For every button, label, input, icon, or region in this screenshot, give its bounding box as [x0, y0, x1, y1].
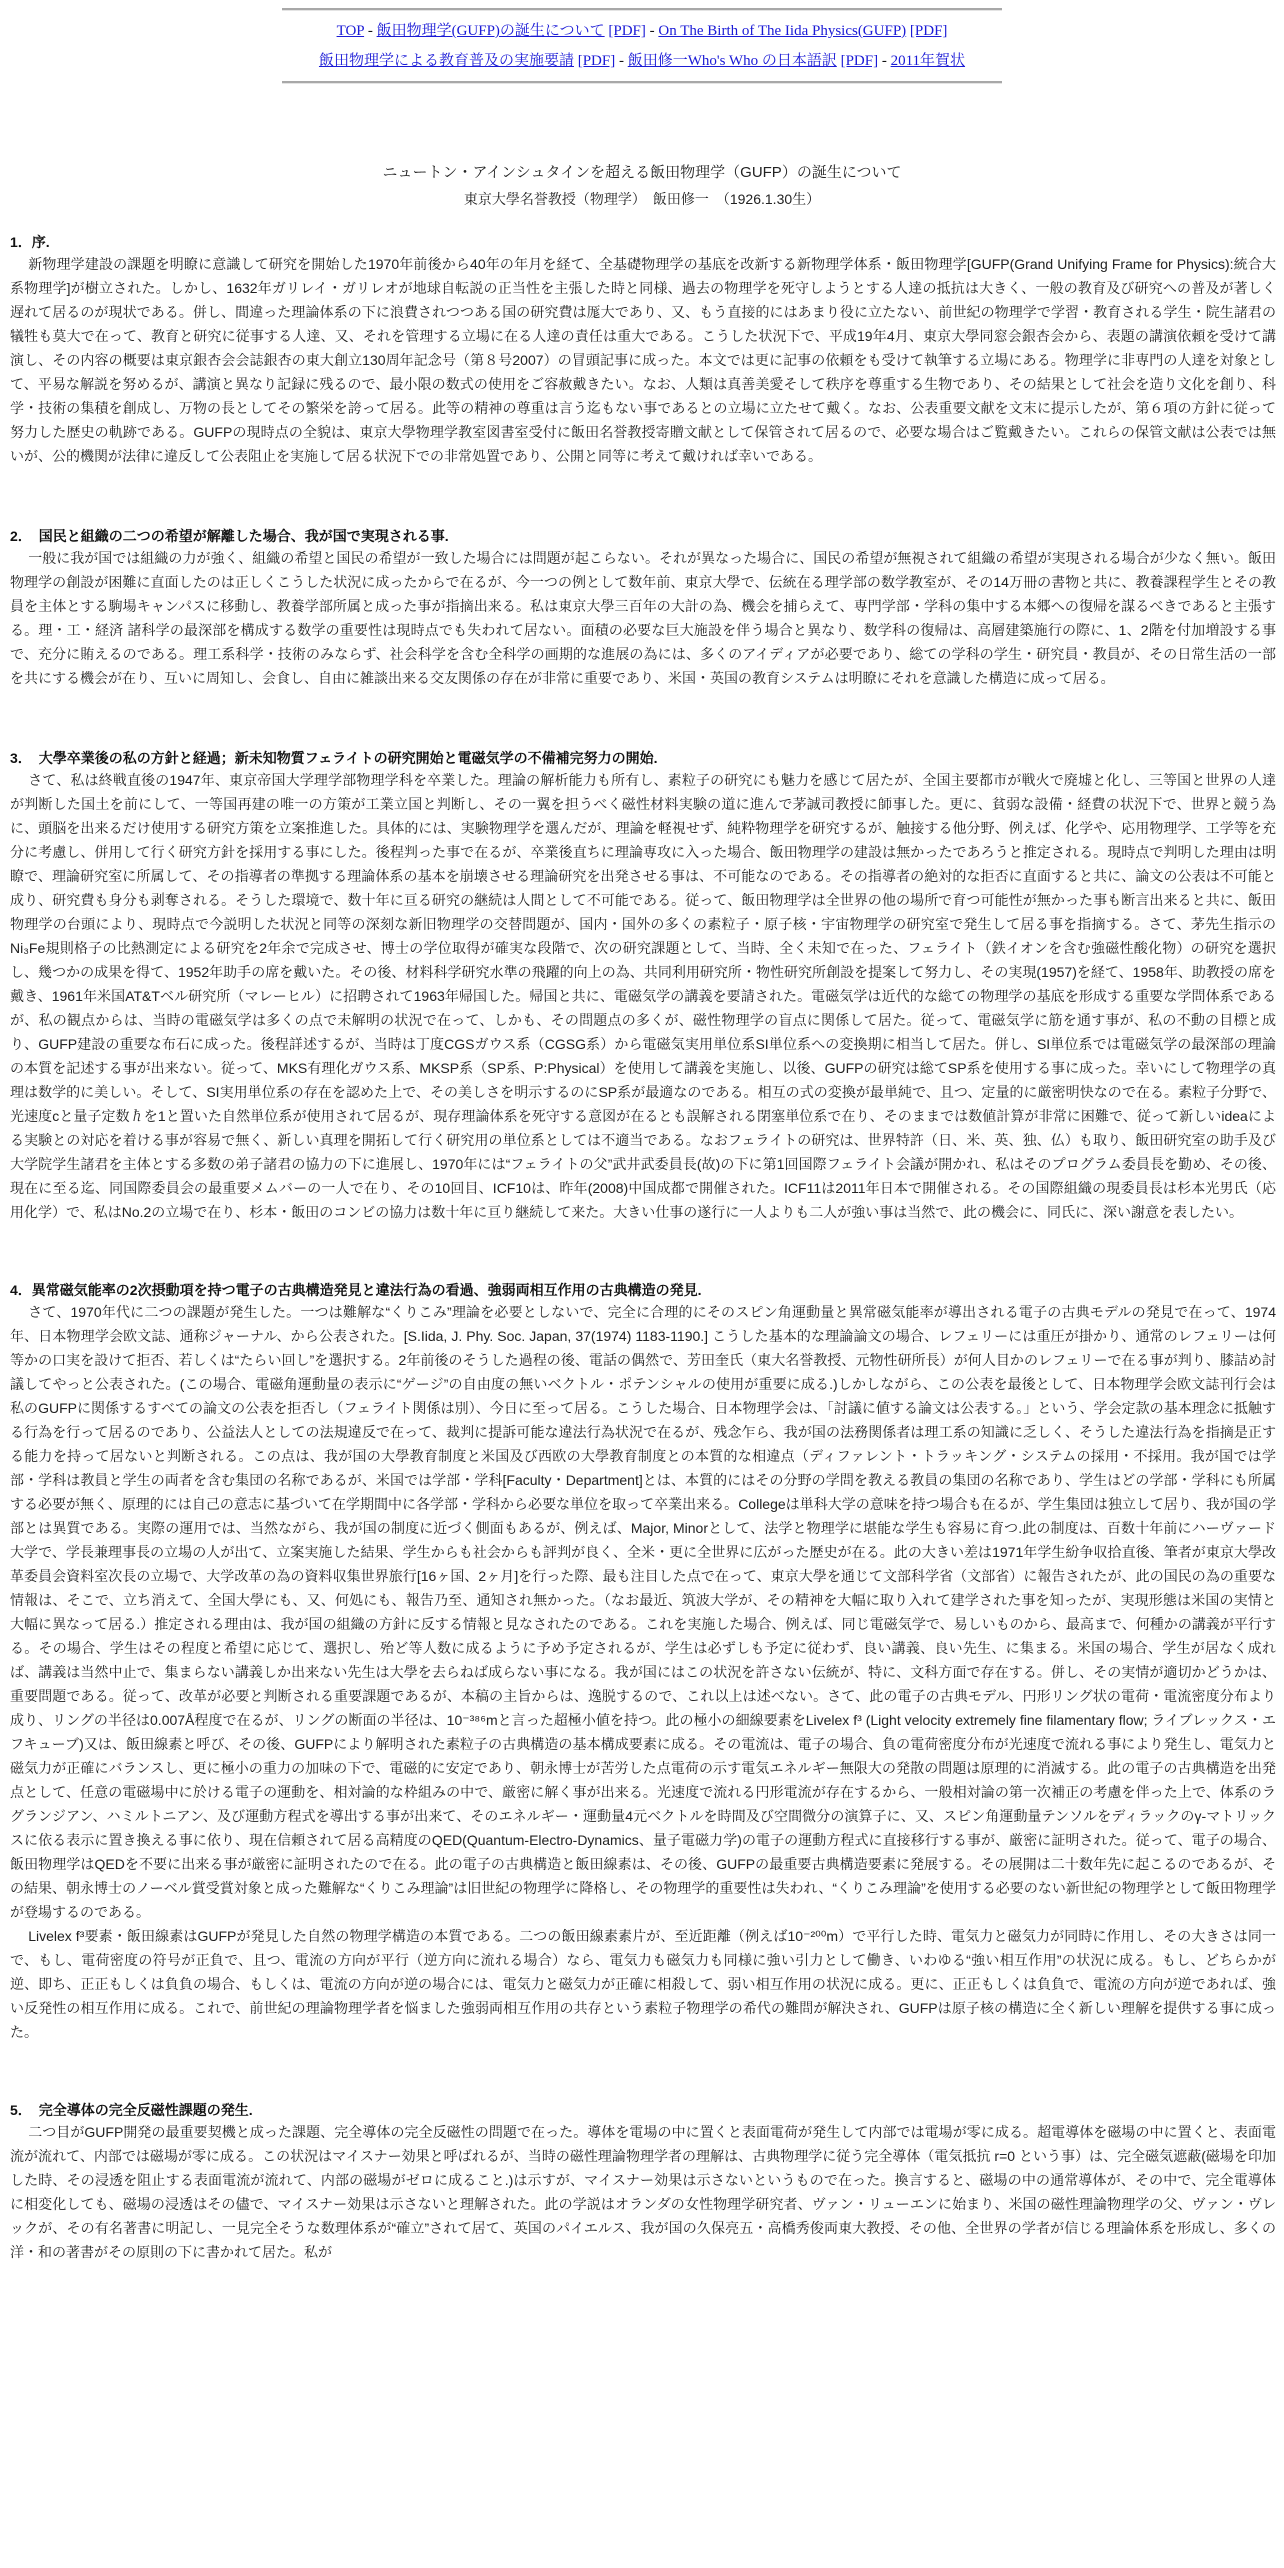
- top-navigation: TOP - 飯田物理学(GUFP)の誕生について [PDF] - On The …: [282, 0, 1002, 84]
- nav-row-2: 飯田物理学による教育普及の実施要請 [PDF] - 飯田修一Who's Who …: [282, 51, 1002, 71]
- document-body: 1．序. 新物理学建設の課題を明瞭に意識して研究を開始した1970年前後から40…: [0, 232, 1284, 2264]
- nav-separator: -: [364, 23, 377, 39]
- section-1-paragraph-1: 新物理学建設の課題を明瞭に意識して研究を開始した1970年前後から40年の年月を…: [10, 252, 1276, 468]
- nav-separator: -: [615, 53, 628, 69]
- document-title: ニュートン・アインシュタインを超える飯田物理学（GUFP）の誕生について: [0, 162, 1284, 184]
- nav-link[interactable]: [PDF]: [910, 23, 948, 39]
- document-header: ニュートン・アインシュタインを超える飯田物理学（GUFP）の誕生について 東京大…: [0, 162, 1284, 210]
- section-heading-2: 2． 国民と組織の二つの希望が解離した場合、我が国で実現される事.: [10, 526, 1276, 546]
- nav-link[interactable]: 飯田修一Who's Who の日本語訳: [628, 53, 837, 69]
- section-3-paragraph-1: さて、私は終戦直後の1947年、東京帝国大学理学部物理学科を卒業した。理論の解析…: [10, 768, 1276, 1224]
- nav-link[interactable]: 飯田物理学による教育普及の実施要請: [319, 53, 574, 69]
- section-4-paragraph-1: さて、1970年代に二つの課題が発生した。一つは難解な“くりこみ”理論を必要とし…: [10, 1300, 1276, 1924]
- nav-link[interactable]: [PDF]: [608, 23, 646, 39]
- document-author: 東京大學名誉教授（物理学） 飯田修一 （1926.1.30生）: [0, 188, 1284, 210]
- nav-row-1: TOP - 飯田物理学(GUFP)の誕生について [PDF] - On The …: [282, 21, 1002, 41]
- nav-link[interactable]: TOP: [337, 23, 365, 39]
- nav-separator: -: [646, 23, 659, 39]
- nav-link[interactable]: [PDF]: [578, 53, 616, 69]
- section-4-paragraph-2: Livelex f³要素・飯田線素はGUFPが発見した自然の物理学構造の本質であ…: [10, 1924, 1276, 2044]
- nav-link[interactable]: On The Birth of The Iida Physics(GUFP): [658, 23, 906, 39]
- section-2-paragraph-1: 一般に我が国では組織の力が強く、組織の希望と国民の希望が一致した場合には問題が起…: [10, 546, 1276, 690]
- bottom-rule: [282, 81, 1002, 84]
- section-heading-1: 1．序.: [10, 232, 1276, 252]
- section-heading-5: 5． 完全導体の完全反磁性課題の発生.: [10, 2100, 1276, 2120]
- top-rule: [282, 8, 1002, 11]
- section-heading-4: 4．異常磁気能率の2次摂動項を持つ電子の古典構造発見と違法行為の看過、強弱両相互…: [10, 1280, 1276, 1300]
- nav-separator: -: [878, 53, 891, 69]
- nav-link[interactable]: 2011年賀状: [891, 53, 965, 69]
- nav-link[interactable]: [PDF]: [841, 53, 879, 69]
- nav-link[interactable]: 飯田物理学(GUFP)の誕生について: [377, 23, 605, 39]
- section-5-paragraph-1: 二つ目がGUFP開発の最重要契機と成った課題、完全導体の完全反磁性の問題で在った…: [10, 2120, 1276, 2264]
- section-heading-3: 3． 大學卒業後の私の方針と経過；新未知物質フェライトの研究開始と電磁気学の不備…: [10, 748, 1276, 768]
